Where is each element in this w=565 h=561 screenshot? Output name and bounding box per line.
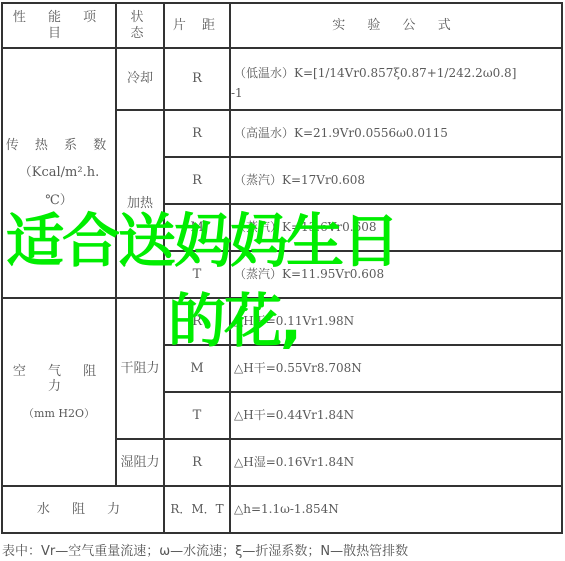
table-footnote: 表中：Vr—空气重量流速；ω—水流速；ξ—折湿系数；N—散热管排数 xyxy=(2,540,408,559)
formula-cooling: （低温水）K=[1/14Vr0.857ξ0.87+1/242.2ω0.8] xyxy=(230,48,562,80)
pitch-cell: R xyxy=(164,157,230,204)
state-dry-resistance: 干阻力 xyxy=(116,298,164,439)
pitch-cell: R xyxy=(164,48,230,110)
heat-transfer-title: 传 热 系 数 xyxy=(6,138,112,154)
formula-heating-steam-r: （蒸汽）K=17Vr0.608 xyxy=(230,157,562,204)
header-state: 状 态 xyxy=(116,3,164,48)
air-resistance-unit: （mm H2O） xyxy=(23,407,95,420)
formula-cooling-tail: -1 xyxy=(231,86,243,100)
header-formula: 实 验 公 式 xyxy=(230,3,562,48)
formula-dry-t: △H干=0.44Vr1.84N xyxy=(230,392,562,439)
formula-water: △h=1.1ω-1.854N xyxy=(230,486,562,533)
overlay-caption-line1: 适合送妈妈生日 xyxy=(6,212,398,270)
pitch-cell: R xyxy=(164,439,230,486)
pitch-cell: T xyxy=(164,392,230,439)
state-cooling: 冷却 xyxy=(116,48,164,110)
air-resistance-title: 空 气 阻 力 xyxy=(2,364,116,395)
air-resistance-label: 空 气 阻 力 （mm H2O） xyxy=(2,298,116,486)
pitch-cell: R．M．T xyxy=(164,486,230,533)
header-fin-pitch: 片 距 xyxy=(164,3,230,48)
overlay-caption-line2: 的花, xyxy=(168,292,300,350)
formula-heating-hot-water: （高温水）K=21.9Vr0.0556ω0.0115 xyxy=(230,110,562,157)
formula-wet: △H湿=0.16Vr1.84N xyxy=(230,439,562,486)
heat-transfer-unit-1: （Kcal/m².h. xyxy=(19,165,99,181)
pitch-cell: R xyxy=(164,110,230,157)
header-property: 性 能 项 目 xyxy=(2,3,116,48)
state-wet-resistance: 湿阻力 xyxy=(116,439,164,486)
water-resistance-label: 水 阻 力 xyxy=(2,486,164,533)
